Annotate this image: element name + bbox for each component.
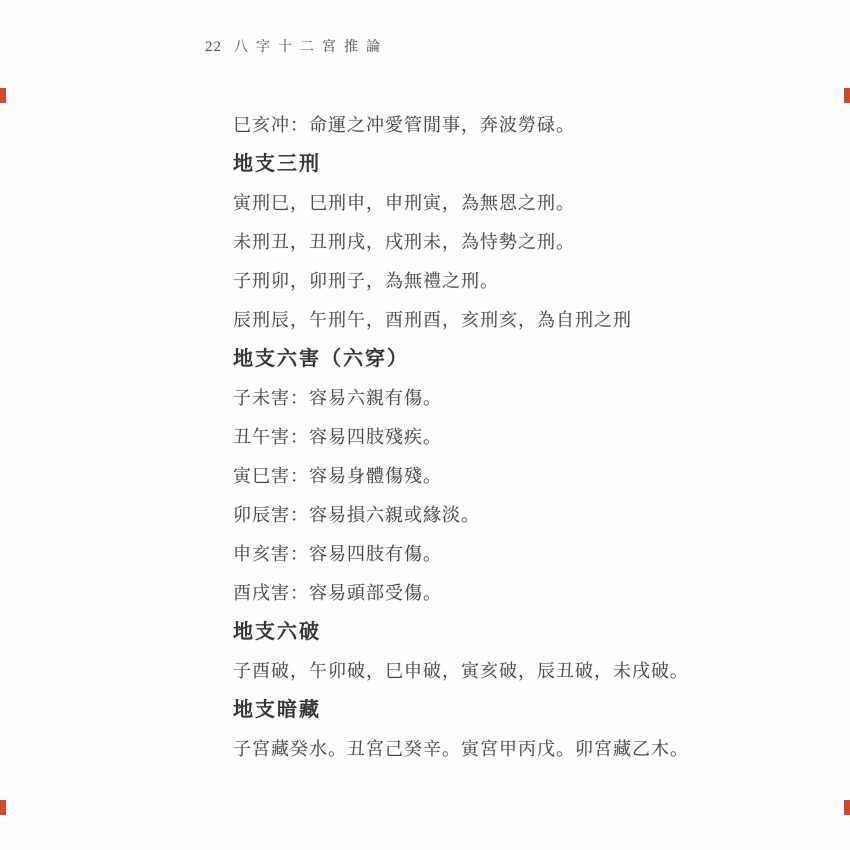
corner-mark-top-left: [0, 88, 6, 103]
body-text-line: 申亥害：容易四肢有傷。: [233, 535, 713, 574]
text-block: 巳亥冲：命運之冲愛管閒事，奔波勞碌。地支三刑寅刑巳，巳刑申，申刑寅，為無恩之刑。…: [233, 106, 713, 769]
page-number: 22: [205, 39, 222, 55]
section-heading: 地支暗藏: [233, 691, 713, 730]
book-page: 22八字十二宮推論 巳亥冲：命運之冲愛管閒事，奔波勞碌。地支三刑寅刑巳，巳刑申，…: [0, 0, 850, 850]
section-heading: 地支六害（六穿）: [233, 340, 713, 379]
corner-mark-bottom-left: [0, 800, 6, 815]
body-text-line: 卯辰害：容易損六親或緣淡。: [233, 496, 713, 535]
body-text-line: 寅刑巳，巳刑申，申刑寅，為無恩之刑。: [233, 184, 713, 223]
body-text-line: 酉戌害：容易頭部受傷。: [233, 574, 713, 613]
body-text-line: 巳亥冲：命運之冲愛管閒事，奔波勞碌。: [233, 106, 713, 145]
body-text-line: 未刑丑，丑刑戌，戌刑未，為恃勢之刑。: [233, 223, 713, 262]
corner-mark-bottom-right: [844, 800, 850, 815]
body-text-line: 子未害：容易六親有傷。: [233, 379, 713, 418]
body-text-line: 丑午害：容易四肢殘疾。: [233, 418, 713, 457]
section-heading: 地支六破: [233, 613, 713, 652]
book-title: 八字十二宮推論: [234, 40, 388, 55]
body-text-line: 子酉破，午卯破，巳申破，寅亥破，辰丑破，未戌破。: [233, 652, 713, 691]
body-text-line: 子刑卯，卯刑子，為無禮之刑。: [233, 262, 713, 301]
body-text-line: 寅巳害：容易身體傷殘。: [233, 457, 713, 496]
section-heading: 地支三刑: [233, 145, 713, 184]
running-header: 22八字十二宮推論: [205, 36, 388, 56]
corner-mark-top-right: [844, 88, 850, 103]
body-text-line: 辰刑辰，午刑午，酉刑酉，亥刑亥，為自刑之刑: [233, 301, 713, 340]
body-text-line: 子宮藏癸水。丑宮己癸辛。寅宮甲丙戊。卯宮藏乙木。: [233, 730, 713, 769]
